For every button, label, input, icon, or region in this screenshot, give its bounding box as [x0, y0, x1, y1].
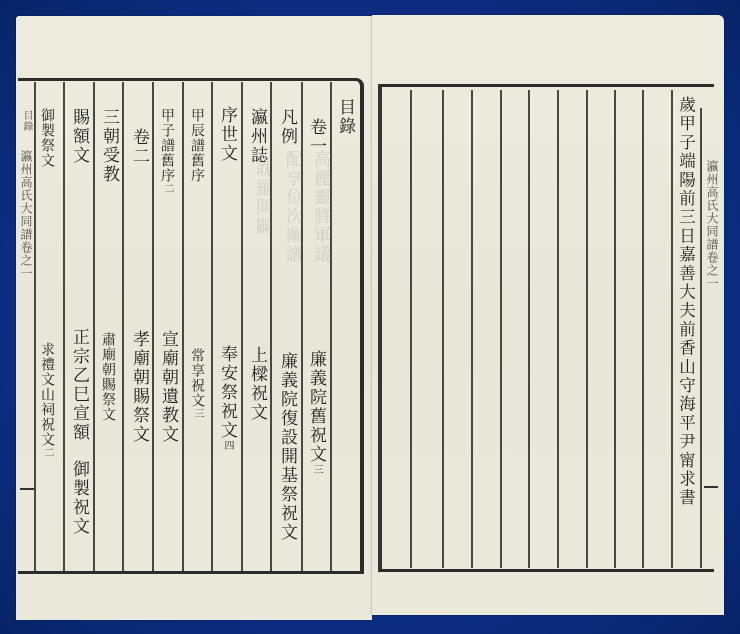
toc-entry: 凡例	[278, 108, 295, 146]
column-rule	[182, 82, 184, 572]
column-rule	[270, 82, 272, 572]
toc-heading: 目錄	[336, 98, 353, 136]
margin-book-title: 瀛州高氏大同譜卷之一	[18, 150, 35, 280]
column-rule	[211, 82, 213, 572]
column-rule	[557, 90, 559, 568]
column-rule	[471, 90, 473, 568]
toc-entry: 賜額文	[70, 108, 87, 165]
toc-entry: 孝廟朝賜祭文	[130, 330, 147, 444]
toc-entry: 奉安祭祝文四	[218, 345, 235, 450]
column-rule	[700, 108, 702, 568]
toc-entry: 甲子譜舊序二	[160, 108, 174, 193]
toc-entry: 瀛州誌	[248, 108, 265, 165]
toc-entry: 御製祭文	[40, 108, 54, 168]
column-rule	[671, 90, 673, 568]
bleed-through-text: 耽羅開闢	[250, 160, 275, 236]
toc-entry: 三朝受教	[100, 108, 117, 184]
toc-entry: 卷二	[130, 128, 147, 166]
colophon-text: 歲甲子端陽前三日嘉善大夫前香山守海平尹甯求書	[677, 96, 694, 507]
margin-label: 目錄	[19, 110, 34, 132]
toc-entry: 御製祝文	[70, 460, 87, 536]
right-page-frame	[378, 84, 714, 572]
column-rule	[614, 90, 616, 568]
toc-entry: 甲辰譜舊序	[190, 108, 204, 183]
column-rule	[63, 82, 65, 572]
column-rule	[500, 90, 502, 568]
column-rule	[152, 82, 154, 572]
column-rule	[528, 90, 530, 568]
column-rule	[586, 90, 588, 568]
margin-book-title: 瀛州高氏大同譜卷之一	[704, 160, 721, 290]
toc-entry: 求禮文山祠祝文二	[40, 342, 54, 457]
toc-entry: 卷一	[307, 118, 324, 156]
column-rule	[122, 82, 124, 572]
fold-mark	[20, 488, 34, 490]
bleed-through-text: 高麗靈將軍議	[308, 150, 333, 264]
bleed-through-text: 配享位次圖譜	[280, 150, 305, 264]
toc-entry: 宣廟朝遺教文	[159, 330, 176, 444]
column-rule	[93, 82, 95, 572]
toc-entry: 肅廟朝賜祭文	[101, 332, 115, 422]
toc-entry: 序世文	[218, 106, 235, 163]
column-rule	[410, 90, 412, 568]
column-rule	[642, 90, 644, 568]
column-rule	[442, 90, 444, 568]
toc-entry: 廉義院復設開基祭祝文	[278, 352, 295, 542]
toc-entry: 廉義院舊祝文三	[307, 350, 324, 474]
toc-entry: 正宗乙巳宣額	[70, 328, 87, 442]
toc-entry: 常享祝文三	[190, 348, 204, 418]
column-rule	[241, 82, 243, 572]
fold-mark	[704, 486, 718, 488]
toc-entry: 上樑祝文	[248, 346, 265, 422]
